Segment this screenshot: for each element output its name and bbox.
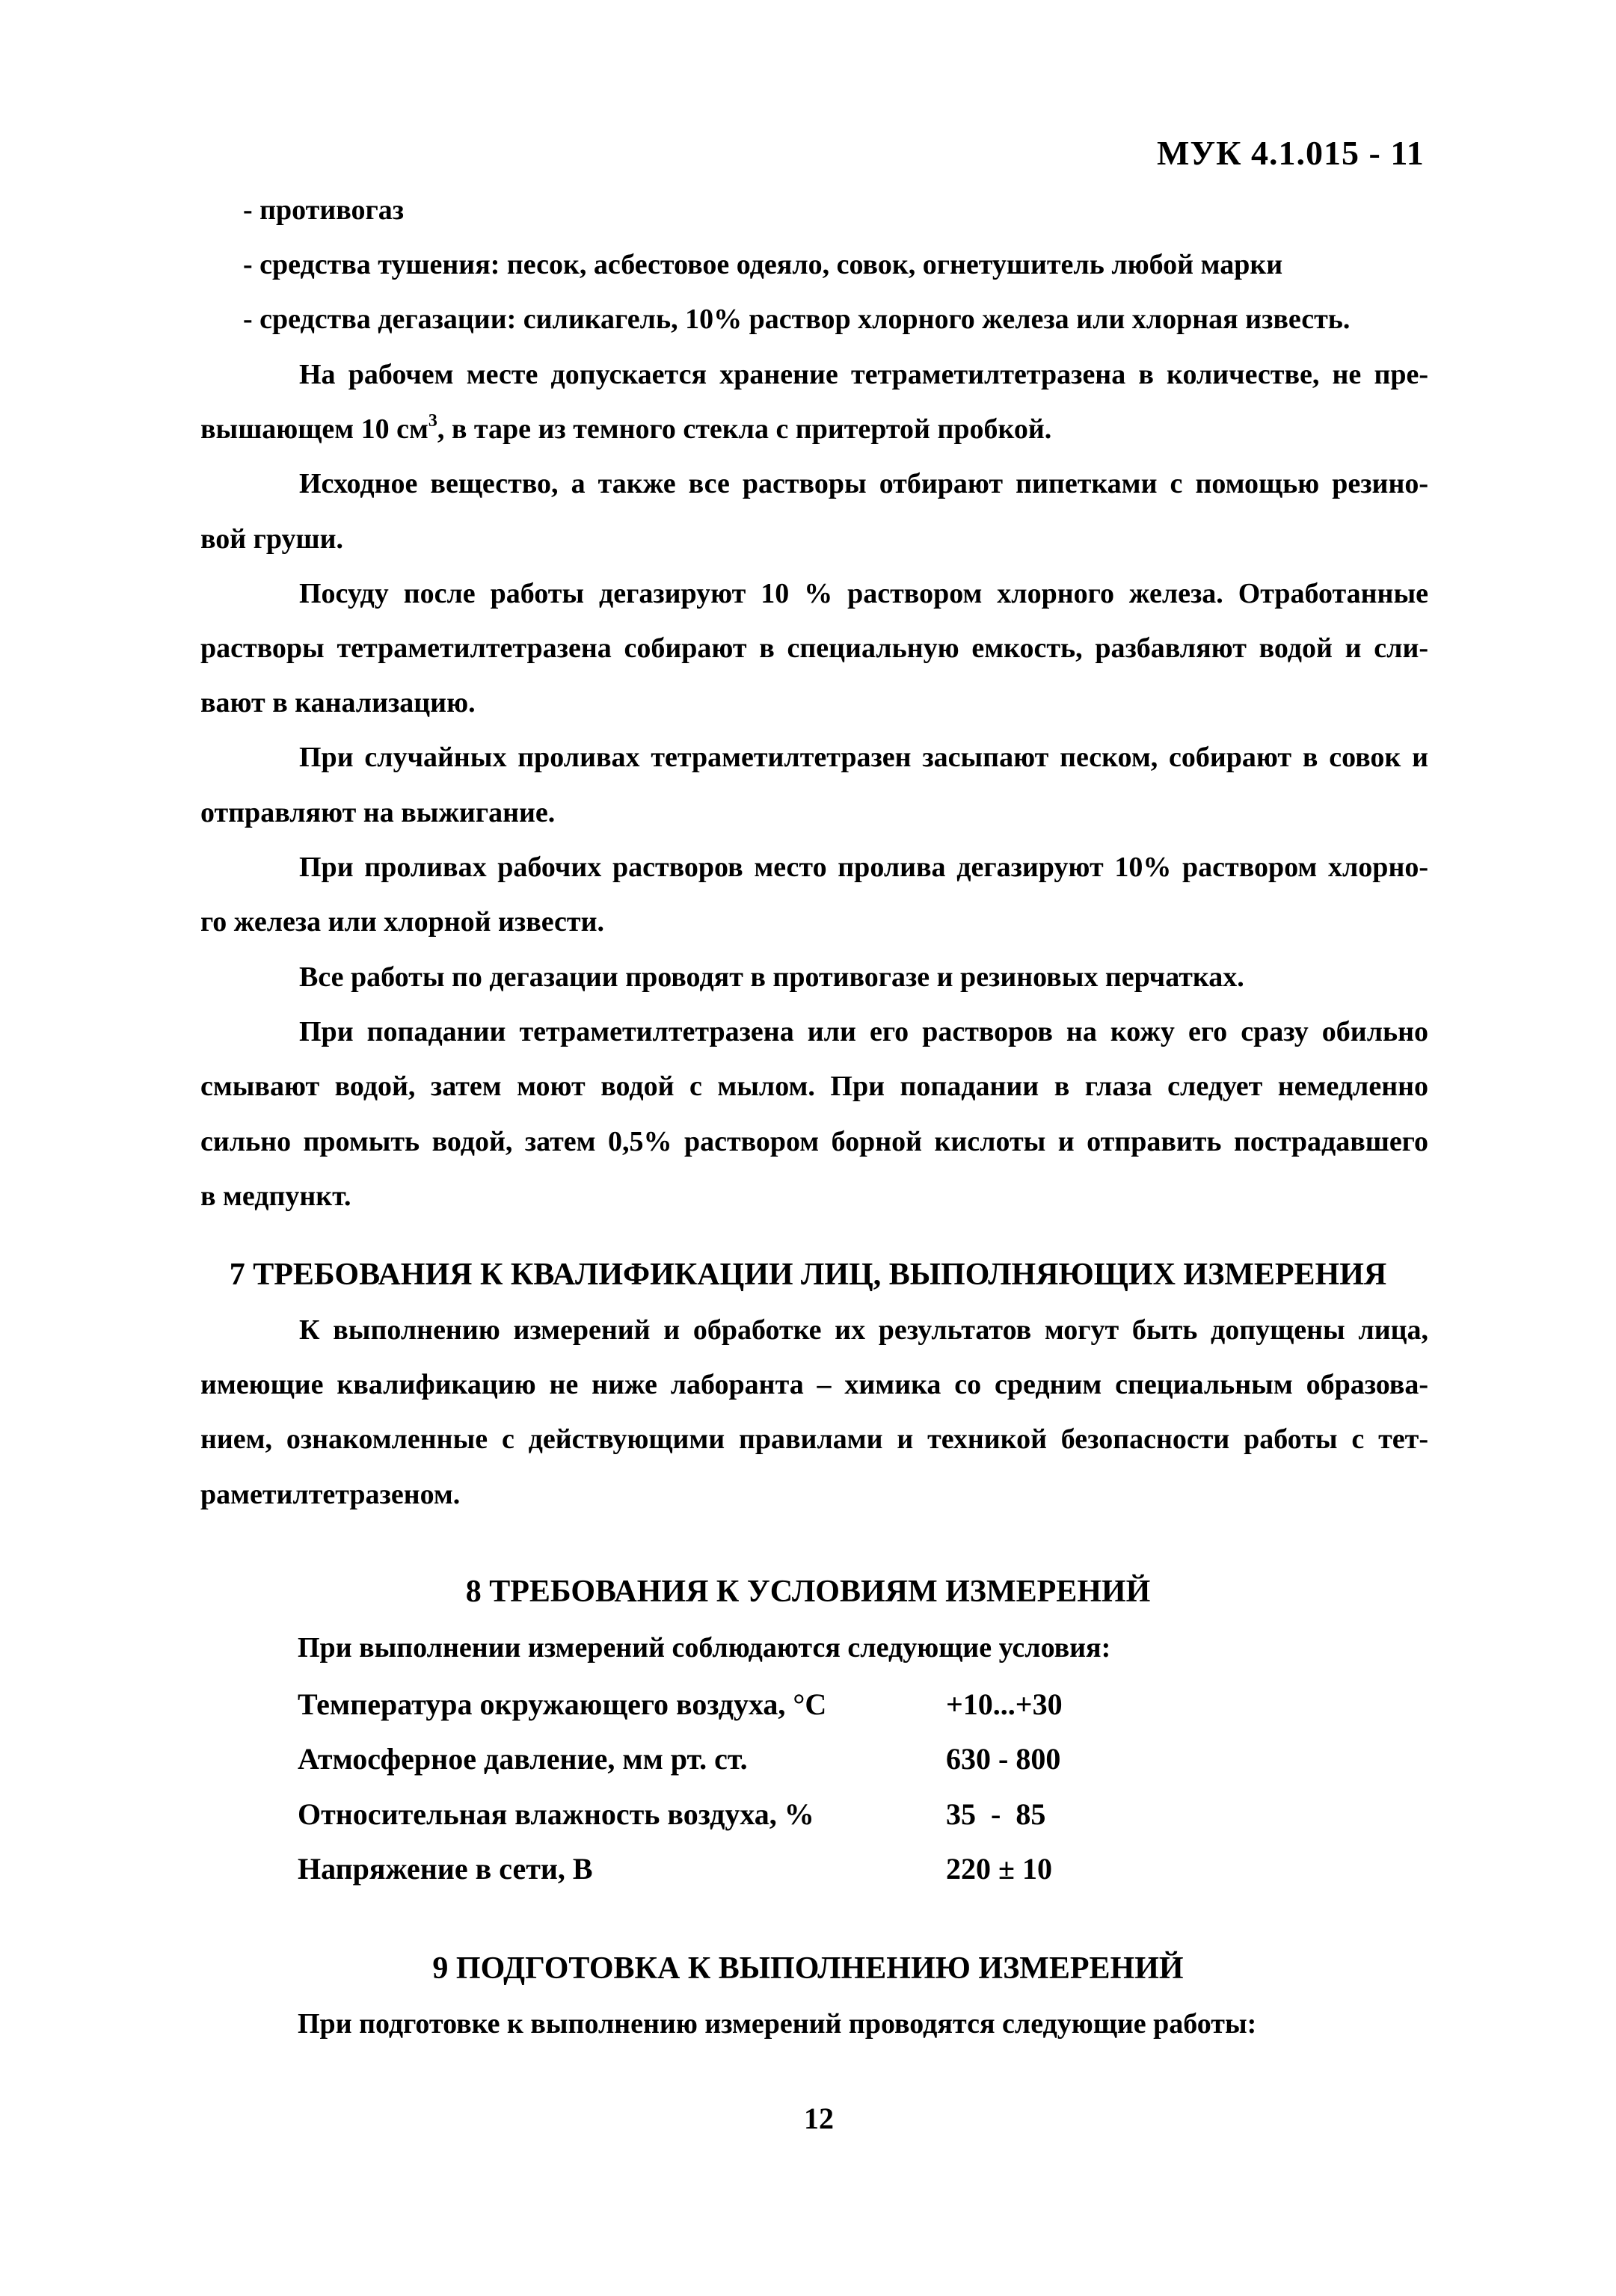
condition-value: 220 ± 10 — [946, 1854, 1052, 1884]
section-intro: При выполнении измерений соблюдаются сле… — [298, 1634, 1110, 1662]
paragraph-line: При попадании тетраметилтетразена или ег… — [299, 1018, 1428, 1046]
section-intro: При подготовке к выполнению измерений пр… — [298, 2010, 1256, 2038]
list-item: - средства тушения: песок, асбестовое од… — [243, 250, 1282, 279]
paragraph-line: Посуду после работы дегазируют 10 % раст… — [299, 579, 1428, 608]
document-page: МУК 4.1.015 - 11 - противогаз - средства… — [0, 0, 1616, 2296]
paragraph-line: вышающем 10 см3, в таре из темного стекл… — [200, 415, 1051, 443]
paragraph-line: вой груши. — [200, 525, 343, 553]
paragraph-line: го железа или хлорной извести. — [200, 908, 604, 936]
paragraph-line: При случайных проливах тетраметилтетразе… — [299, 743, 1428, 772]
condition-value: +10...+30 — [946, 1690, 1063, 1720]
document-code: МУК 4.1.015 - 11 — [1157, 133, 1425, 173]
paragraph-line: раметилтетразеном. — [200, 1480, 460, 1509]
condition-label: Атмосферное давление, мм рт. ст. — [298, 1744, 748, 1774]
condition-label: Напряжение в сети, В — [298, 1854, 593, 1884]
paragraph-line: имеющие квалификацию не ниже лаборанта –… — [200, 1370, 1428, 1399]
page-number: 12 — [804, 2101, 834, 2136]
paragraph-line: нием, ознакомленные с действующими прави… — [200, 1425, 1428, 1453]
paragraph-line: Все работы по дегазации проводят в проти… — [299, 963, 1244, 991]
paragraph-line: На рабочем месте допускается хранение те… — [299, 360, 1428, 389]
condition-label: Температура окружающего воздуха, °С — [298, 1690, 826, 1720]
paragraph-line: вают в канализацию. — [200, 689, 476, 717]
condition-value: 35 - 85 — [946, 1800, 1045, 1829]
paragraph-line: Исходное вещество, а также все растворы … — [299, 470, 1428, 498]
section-heading-8: 8 ТРЕБОВАНИЯ К УСЛОВИЯМ ИЗМЕРЕНИЙ — [0, 1576, 1616, 1607]
condition-label: Относительная влажность воздуха, % — [298, 1800, 814, 1829]
superscript: 3 — [428, 411, 437, 431]
paragraph-line: К выполнению измерений и обработке их ре… — [299, 1316, 1428, 1344]
section-heading-9: 9 ПОДГОТОВКА К ВЫПОЛНЕНИЮ ИЗМЕРЕНИЙ — [0, 1953, 1616, 1984]
paragraph-line: сильно промыть водой, затем 0,5% раствор… — [200, 1127, 1428, 1156]
section-heading-7: 7 ТРЕБОВАНИЯ К КВАЛИФИКАЦИИ ЛИЦ, ВЫПОЛНЯ… — [0, 1259, 1616, 1290]
paragraph-line: отправляют на выжигание. — [200, 798, 555, 827]
list-item: - противогаз — [243, 196, 404, 224]
paragraph-line: в медпункт. — [200, 1182, 351, 1210]
paragraph-line: смывают водой, затем моют водой с мылом.… — [200, 1072, 1428, 1101]
condition-value: 630 - 800 — [946, 1744, 1060, 1774]
paragraph-line: растворы тетраметилтетразена собирают в … — [200, 634, 1428, 662]
paragraph-line: При проливах рабочих растворов место про… — [299, 853, 1428, 881]
list-item: - средства дегазации: силикагель, 10% ра… — [243, 305, 1350, 333]
